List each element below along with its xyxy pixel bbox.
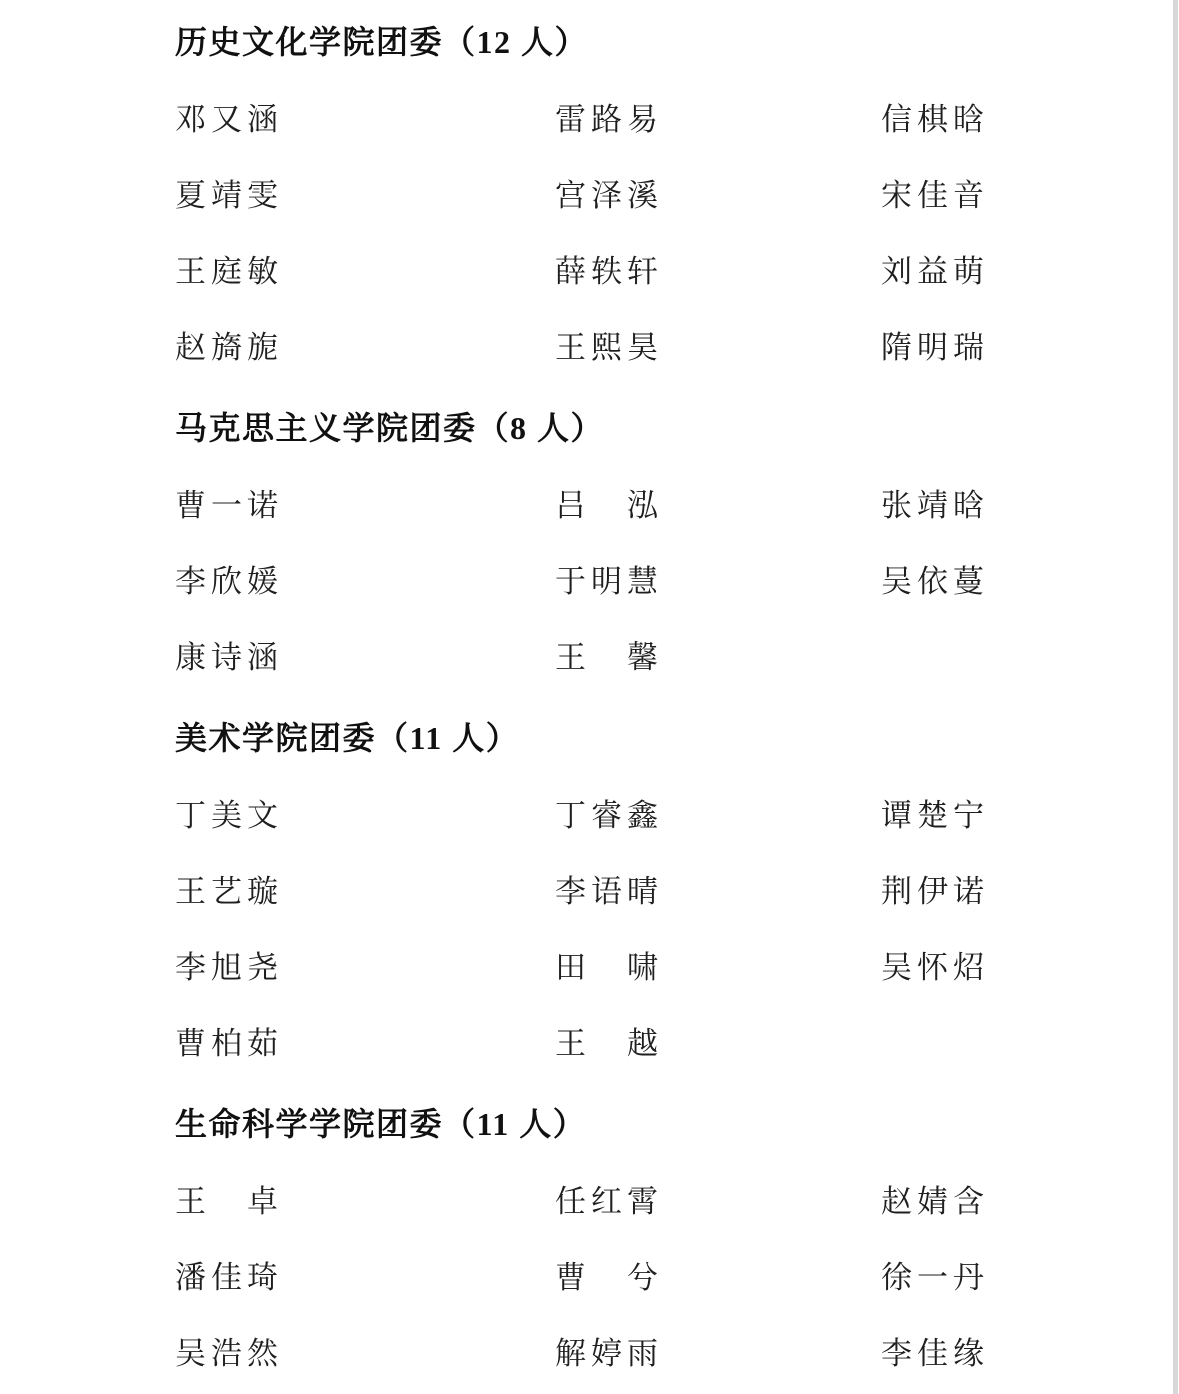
member-name: 赵旖旎 [175,322,555,367]
member-name: 吴怀炤 [881,942,1179,987]
committee-section: 历史文化学院团委（12 人）邓又涵雷路易信棋晗夏靖雯宫泽溪宋佳音王庭敏薛轶轩刘益… [175,2,1179,382]
member-row: 王艺璇李语晴荆伊诺 [175,850,1179,926]
member-name: 夏靖雯 [175,170,555,215]
committee-section: 生命科学学院团委（11 人）王 卓任红霄赵婧含潘佳琦曹 兮徐一丹吴浩然解婷雨李佳… [175,1084,1179,1388]
committee-section: 美术学院团委（11 人）丁美文丁睿鑫谭楚宁王艺璇李语晴荆伊诺李旭尧田 啸吴怀炤曹… [175,698,1179,1078]
member-name: 宋佳音 [881,170,1179,215]
member-name: 李语晴 [555,866,881,911]
member-row: 王庭敏薛轶轩刘益萌 [175,230,1179,306]
member-name: 任红霄 [555,1176,881,1221]
member-name: 吕 泓 [555,480,881,525]
member-row: 李旭尧田 啸吴怀炤 [175,926,1179,1002]
member-name: 王熙昊 [555,322,881,367]
committee-section: 马克思主义学院团委（8 人）曹一诺吕 泓张靖晗李欣媛于明慧吴依蔓康诗涵王 馨 [175,388,1179,692]
member-name: 曹柏茹 [175,1018,555,1063]
member-row: 康诗涵王 馨 [175,616,1179,692]
member-name: 田 啸 [555,942,881,987]
member-row: 吴浩然解婷雨李佳缘 [175,1312,1179,1388]
member-row: 李欣媛于明慧吴依蔓 [175,540,1179,616]
member-name: 谭楚宁 [881,790,1179,835]
member-name: 潘佳琦 [175,1252,555,1297]
roster-content: 历史文化学院团委（12 人）邓又涵雷路易信棋晗夏靖雯宫泽溪宋佳音王庭敏薛轶轩刘益… [175,2,1179,1388]
scan-edge-shadow [1173,0,1178,1394]
member-name: 徐一丹 [881,1252,1179,1297]
member-name: 康诗涵 [175,632,555,677]
member-name: 吴依蔓 [881,556,1179,601]
member-name: 丁美文 [175,790,555,835]
member-row: 潘佳琦曹 兮徐一丹 [175,1236,1179,1312]
member-name: 王 越 [555,1018,881,1063]
section-title: 马克思主义学院团委（8 人） [175,388,1179,464]
member-name: 解婷雨 [555,1328,881,1373]
member-row: 赵旖旎王熙昊隋明瑞 [175,306,1179,382]
member-name: 宫泽溪 [555,170,881,215]
member-row: 王 卓任红霄赵婧含 [175,1160,1179,1236]
member-name: 李旭尧 [175,942,555,987]
member-name: 隋明瑞 [881,322,1179,367]
section-title: 历史文化学院团委（12 人） [175,2,1179,78]
member-name: 雷路易 [555,94,881,139]
member-name: 邓又涵 [175,94,555,139]
member-name: 李佳缘 [881,1328,1179,1373]
section-title: 美术学院团委（11 人） [175,698,1179,774]
document-page: 历史文化学院团委（12 人）邓又涵雷路易信棋晗夏靖雯宫泽溪宋佳音王庭敏薛轶轩刘益… [0,0,1179,1394]
member-row: 曹柏茹王 越 [175,1002,1179,1078]
member-name: 于明慧 [555,556,881,601]
member-row: 曹一诺吕 泓张靖晗 [175,464,1179,540]
member-name: 曹 兮 [555,1252,881,1297]
member-name: 王艺璇 [175,866,555,911]
section-title: 生命科学学院团委（11 人） [175,1084,1179,1160]
member-name: 赵婧含 [881,1176,1179,1221]
member-name: 张靖晗 [881,480,1179,525]
member-row: 丁美文丁睿鑫谭楚宁 [175,774,1179,850]
member-name: 吴浩然 [175,1328,555,1373]
member-name: 李欣媛 [175,556,555,601]
member-name: 薛轶轩 [555,246,881,291]
member-name: 王庭敏 [175,246,555,291]
member-name: 荆伊诺 [881,866,1179,911]
member-name: 王 卓 [175,1176,555,1221]
member-name: 丁睿鑫 [555,790,881,835]
member-row: 邓又涵雷路易信棋晗 [175,78,1179,154]
member-name: 曹一诺 [175,480,555,525]
member-row: 夏靖雯宫泽溪宋佳音 [175,154,1179,230]
member-name: 刘益萌 [881,246,1179,291]
member-name: 信棋晗 [881,94,1179,139]
member-name: 王 馨 [555,632,881,677]
